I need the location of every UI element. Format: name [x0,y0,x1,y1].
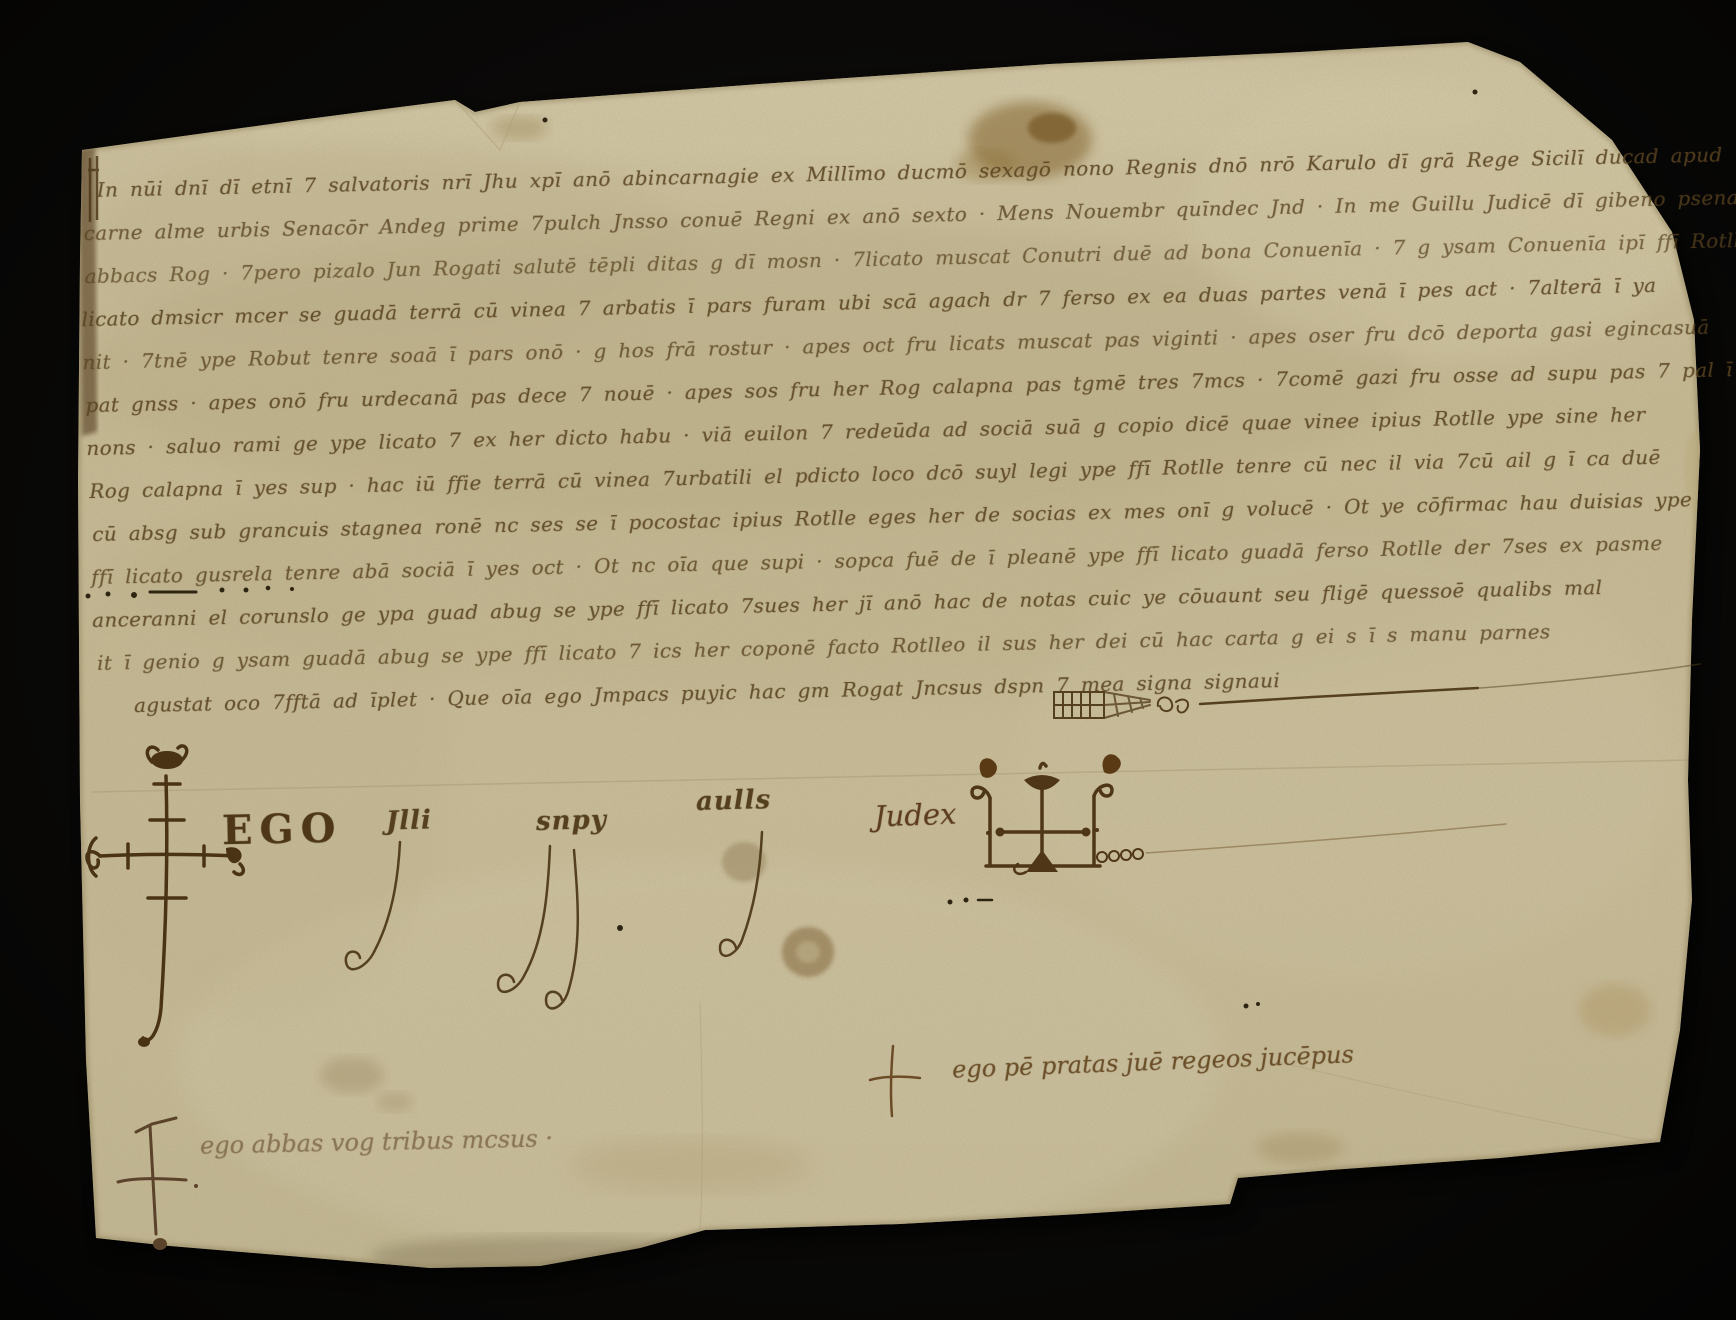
judex-label: Judex [873,797,957,834]
signum-mark-2: snpy [536,805,608,837]
parchment-artwork [0,0,1736,1320]
signum-mark-3: aulls [696,785,772,817]
parchment-mottling [50,42,1710,1268]
signum-mark-1: Jlli [386,805,433,836]
ego-monogram: EGO [222,805,343,855]
charter-photograph: In nūi dnī dī etnī 7 salvatoris nrī Jhu … [0,0,1736,1320]
